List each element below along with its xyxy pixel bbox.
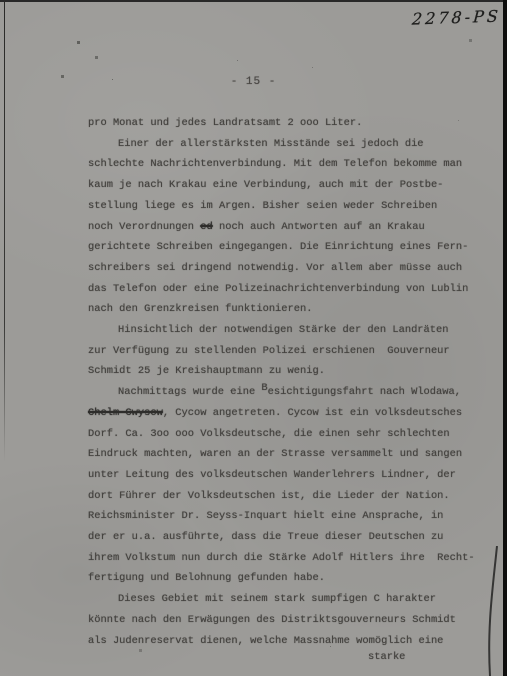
paragraph: pro Monat und jedes Landratsamt 2 ooo Li…	[88, 113, 488, 134]
text-line: stellung liege es im Argen. Bisher seien…	[88, 196, 488, 217]
handwritten-document-number: 2278-PS	[411, 6, 501, 28]
page-number: - 15 -	[0, 76, 507, 88]
text-line: Eindruck machten, waren an der Strasse v…	[88, 444, 488, 465]
document-body: pro Monat und jedes Landratsamt 2 ooo Li…	[88, 113, 488, 651]
text-line: unter Leitung des volksdeutschen Wanderl…	[88, 465, 488, 486]
text-line: pro Monat und jedes Landratsamt 2 ooo Li…	[88, 113, 488, 134]
struck-out-text: ed	[200, 221, 212, 233]
text-line: Dorf. Ca. 3oo ooo Volksdeutsche, die ein…	[88, 424, 488, 445]
catchword: starke	[368, 651, 405, 663]
scanned-document-page: 2278-PS - 15 - pro Monat und jedes Landr…	[0, 0, 507, 676]
text-line: schlechte Nachrichtenverbindung. Mit dem…	[88, 154, 488, 175]
scan-edge-left	[4, 0, 5, 462]
text-line: als Judenreservat dienen, welche Massnah…	[88, 631, 488, 652]
text-line: Hinsichtlich der notwendigen Stärke der …	[88, 320, 488, 341]
paragraph: Nachmittags wurde eine Besichtigungsfahr…	[88, 382, 488, 589]
text-line: Nachmittags wurde eine Besichtigungsfahr…	[88, 382, 488, 403]
text-line: noch Verordnungen ed noch auch Antworten…	[88, 217, 488, 238]
text-line: der er u.a. ausführte, dass die Treue di…	[88, 527, 488, 548]
paper-specks	[0, 0, 1, 1]
text-line: kaum je nach Krakau eine Verbindung, auc…	[88, 175, 488, 196]
text-line: nach den Grenzkreisen funktionieren.	[88, 299, 488, 320]
text-line: zur Verfügung zu stellenden Polizei ersc…	[88, 341, 488, 362]
text-line: dort Führer der Volksdeutschen ist, die …	[88, 486, 488, 507]
scan-edge-right	[503, 0, 507, 676]
struck-out-text: Chelm Cwysow	[88, 407, 163, 419]
text-line: Einer der allerstärksten Misstände sei j…	[88, 134, 488, 155]
raised-character: B	[261, 382, 267, 394]
text-line: Dieses Gebiet mit seinem stark sumpfigen…	[88, 589, 488, 610]
text-line: gerichtete Schreiben eingegangen. Die Ei…	[88, 237, 488, 258]
paragraph: Hinsichtlich der notwendigen Stärke der …	[88, 320, 488, 382]
text-line: das Telefon oder eine Polizeinachrichten…	[88, 279, 488, 300]
text-line: fertigung und Belohnung gefunden habe.	[88, 568, 488, 589]
text-line: könnte nach den Erwägungen des Distrikts…	[88, 610, 488, 631]
text-line: Reichsminister Dr. Seyss-Inquart hielt e…	[88, 506, 488, 527]
scan-edge-top	[0, 0, 507, 2]
text-line: Chelm Cwysow, Cycow angetreten. Cycow is…	[88, 403, 488, 424]
text-line: ihrem Volkstum nun durch die Stärke Adol…	[88, 548, 488, 569]
text-line: Schmidt 25 je Kreishauptmann zu wenig.	[88, 361, 488, 382]
paragraph: Einer der allerstärksten Misstände sei j…	[88, 134, 488, 320]
paragraph: Dieses Gebiet mit seinem stark sumpfigen…	[88, 589, 488, 651]
text-line: schreibers sei dringend notwendig. Vor a…	[88, 258, 488, 279]
